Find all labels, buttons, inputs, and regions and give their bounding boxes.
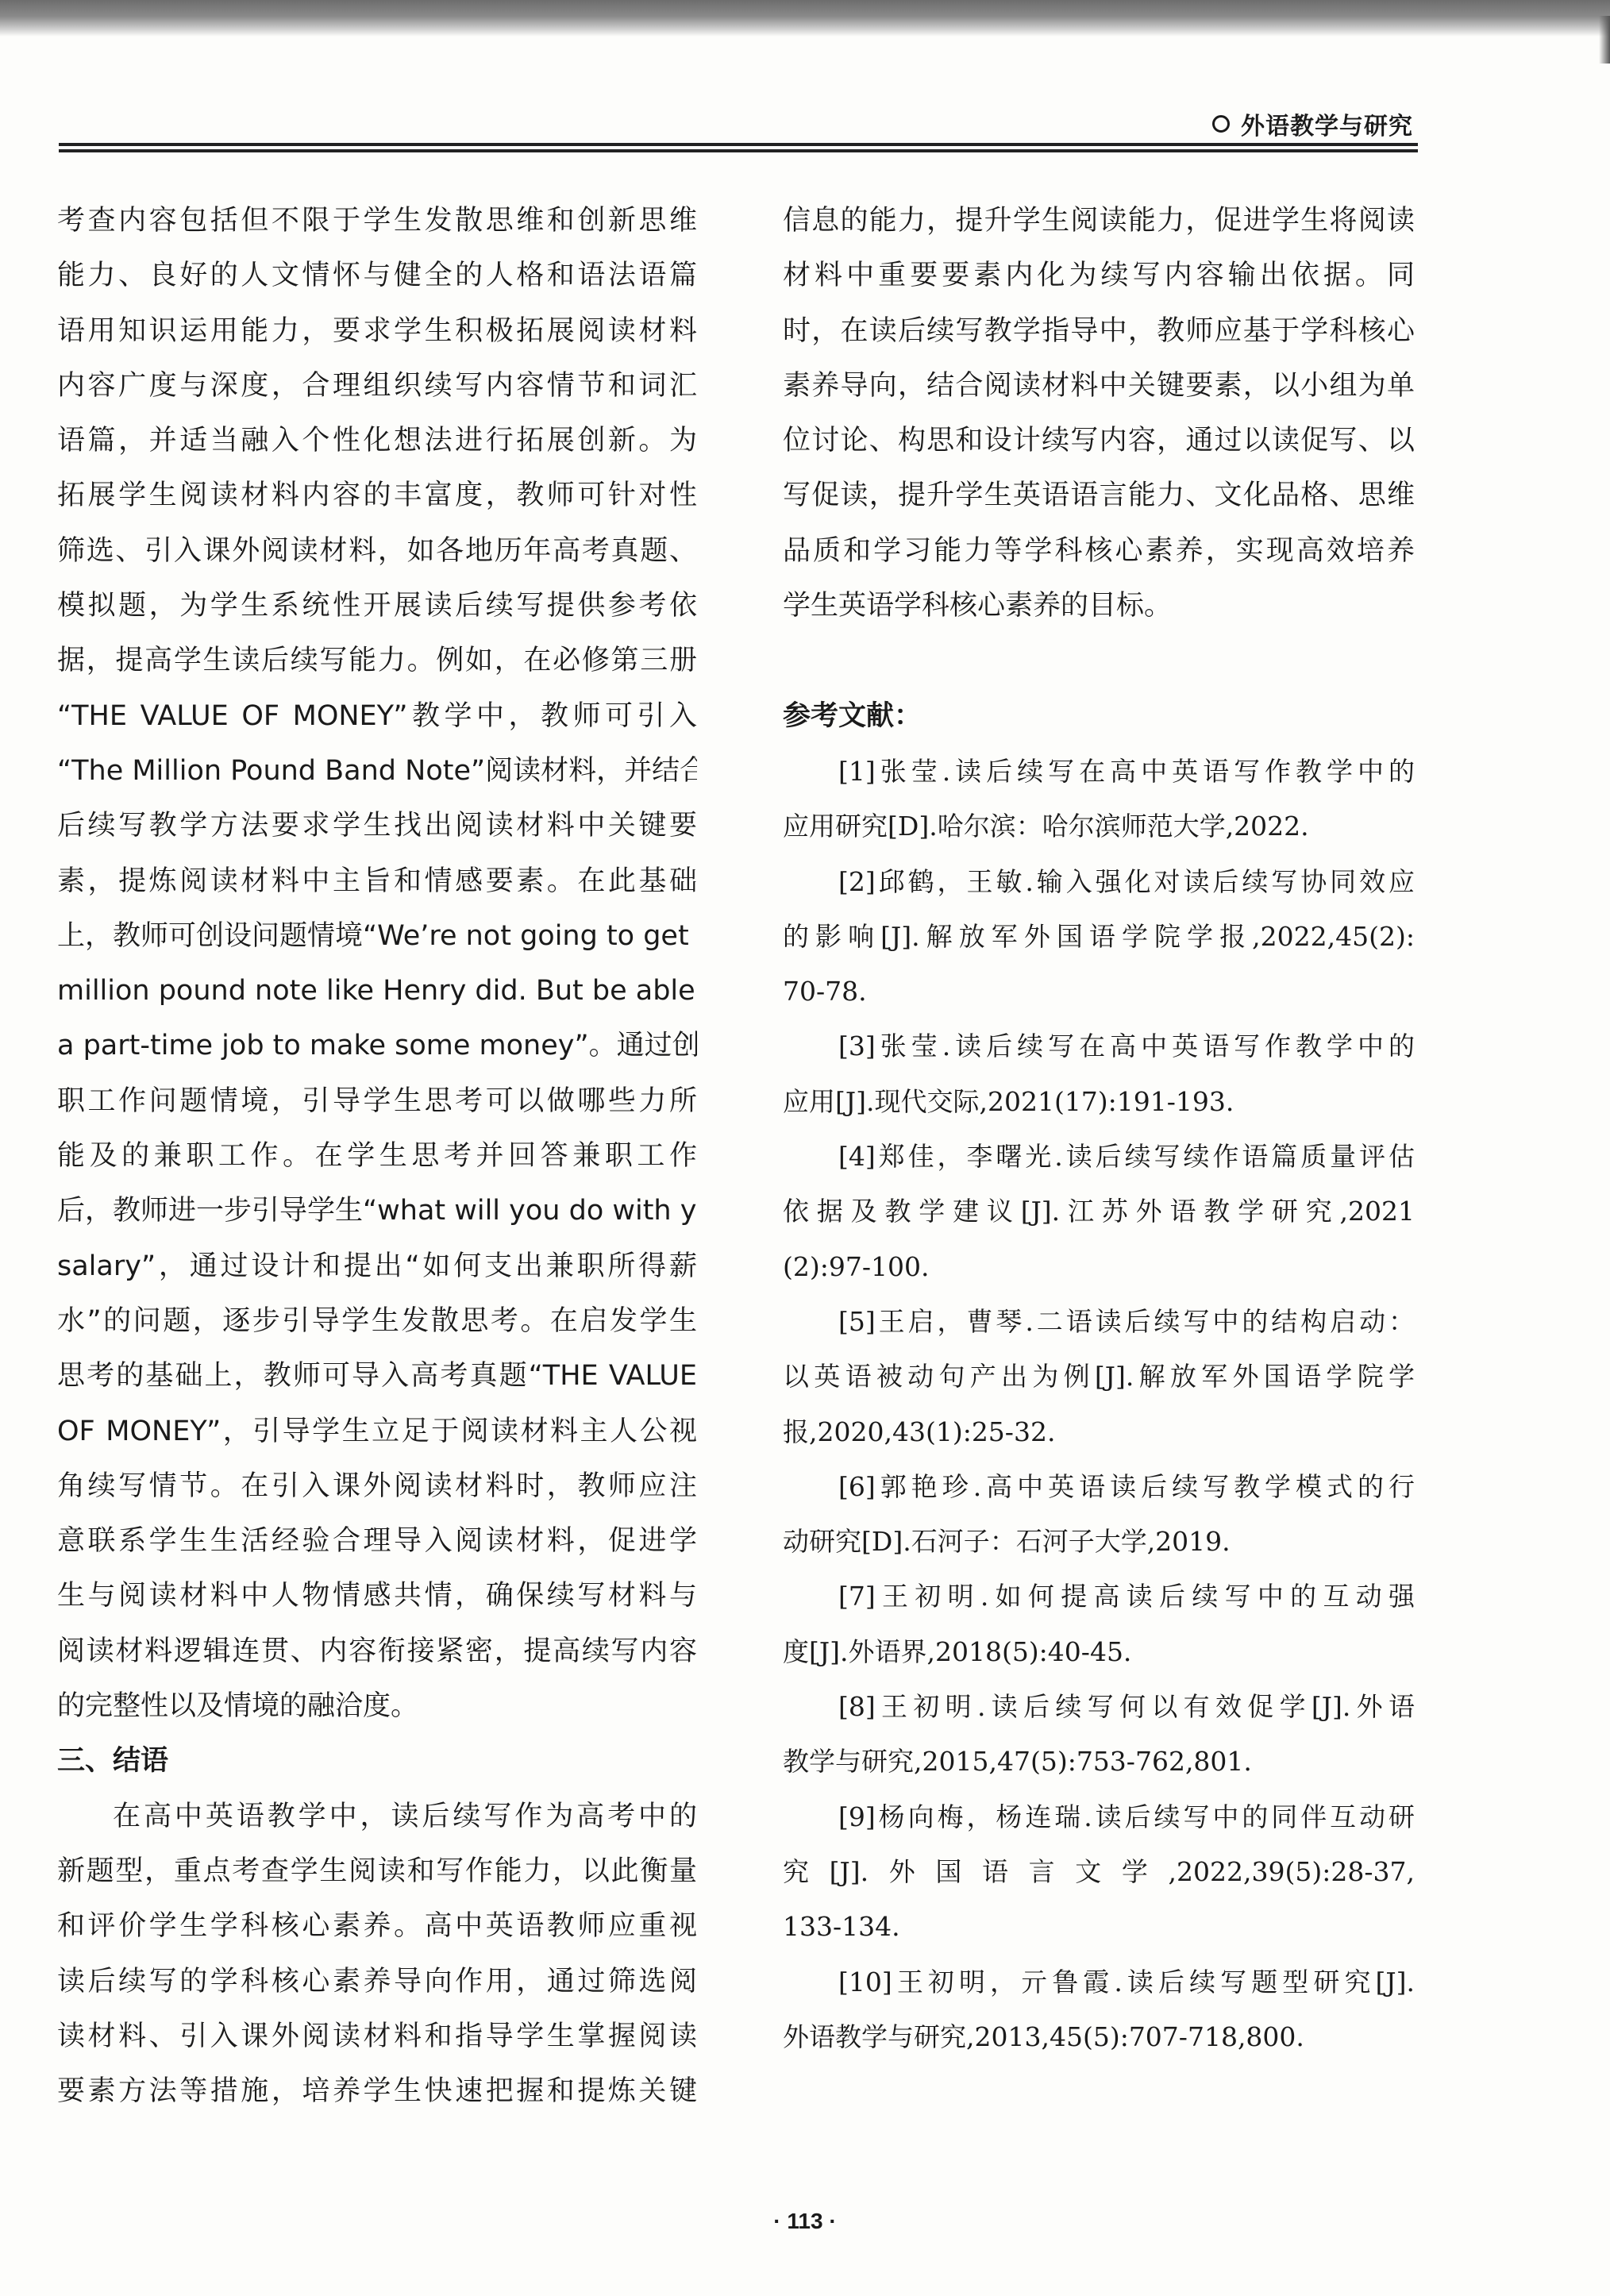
right-column: 信息的能力，提升学生阅读能力，促进学生将阅读 材料中重要要素内化为续写内容输出依… (783, 194, 1415, 2064)
text-line: 阅读材料逻辑连贯、内容衔接紧密，提高续写内容 (57, 1624, 697, 1679)
reference-line: 应用研究[D].哈尔滨：哈尔滨师范大学,2022. (783, 799, 1415, 853)
text-line: 素养导向，结合阅读材料中关键要素，以小组为单 (783, 359, 1415, 414)
reference-line: 动研究[D].石河子：石河子大学,2019. (783, 1514, 1415, 1569)
text-line: 生与阅读材料中人物情感共情，确保续写材料与 (57, 1569, 697, 1624)
reference-line: 报,2020,43(1):25-32. (783, 1404, 1415, 1459)
reference-item: [3]张莹.读后续写在高中英语写作教学中的 应用[J].现代交际,2021(17… (783, 1019, 1415, 1129)
text-line: 信息的能力，提升学生阅读能力，促进学生将阅读 (783, 194, 1415, 248)
reference-line: 外语教学与研究,2013,45(5):707-718,800. (783, 2009, 1415, 2064)
conclusion-paragraph: 在高中英语教学中，读后续写作为高考中的 新题型，重点考查学生阅读和写作能力，以此… (57, 1789, 697, 2120)
text-line: 职工作问题情境，引导学生思考可以做哪些力所 (57, 1074, 697, 1129)
text-line: 素，提炼阅读材料中主旨和情感要素。在此基础 (57, 854, 697, 909)
reference-line: [5]王启，曹琴.二语读后续写中的结构启动： (783, 1294, 1415, 1349)
reference-line: [9]杨向梅，杨连瑞.读后续写中的同伴互动研 (783, 1789, 1415, 1844)
text-line: 的完整性以及情境的融洽度。 (57, 1679, 697, 1734)
body-paragraph: 考查内容包括但不限于学生发散思维和创新思维 能力、良好的人文情怀与健全的人格和语… (57, 194, 697, 1734)
scan-shadow-edge (0, 0, 1610, 37)
reference-item: [2]邱鹤，王敏.输入强化对读后续写协同效应 的影响[J].解放军外国语学院学报… (783, 854, 1415, 1019)
reference-line: [10]王初明，亓鲁霞.读后续写题型研究[J]. (783, 1955, 1415, 2009)
reference-item: [6]郭艳珍.高中英语读后续写教学模式的行 动研究[D].石河子：石河子大学,2… (783, 1459, 1415, 1570)
text-line: OF MONEY”，引导学生立足于阅读材料主人公视 (57, 1404, 697, 1459)
journal-section-title: 外语教学与研究 (1241, 106, 1413, 141)
text-line: 学生英语学科核心素养的目标。 (783, 579, 1415, 634)
text-line: 拓展学生阅读材料内容的丰富度，教师可针对性 (57, 468, 697, 523)
reference-line: [3]张莹.读后续写在高中英语写作教学中的 (783, 1019, 1415, 1073)
text-line: 语篇，并适当融入个性化想法进行拓展创新。为 (57, 414, 697, 468)
reference-line: 70-78. (783, 964, 1415, 1019)
reference-line: [7]王初明.如何提高读后续写中的互动强 (783, 1569, 1415, 1624)
reference-line: [4]郑佳，李曙光.读后续写续作语篇质量评估 (783, 1129, 1415, 1184)
text-line: 筛选、引入课外阅读材料，如各地历年高考真题、 (57, 524, 697, 579)
reference-list: [1]张莹.读后续写在高中英语写作教学中的 应用研究[D].哈尔滨：哈尔滨师范大… (783, 744, 1415, 2064)
text-line: 上，教师可创设问题情境“We’re not going to get a (57, 909, 697, 964)
reference-line: 究[J].外国语言文学,2022,39(5):28-37, (783, 1844, 1415, 1899)
spacer (783, 634, 1415, 688)
text-line: 内容广度与深度，合理组织续写内容情节和词汇 (57, 359, 697, 414)
text-line: “The Million Pound Band Note”阅读材料，并结合读 (57, 744, 697, 799)
reference-line: 应用[J].现代交际,2021(17):191-193. (783, 1074, 1415, 1129)
text-line: 据，提高学生读后续写能力。例如，在必修第三册 (57, 634, 697, 688)
reference-item: [10]王初明，亓鲁霞.读后续写题型研究[J]. 外语教学与研究,2013,45… (783, 1955, 1415, 2065)
text-line: 考查内容包括但不限于学生发散思维和创新思维 (57, 194, 697, 248)
reference-line: [1]张莹.读后续写在高中英语写作教学中的 (783, 744, 1415, 799)
reference-line: 的影响[J].解放军外国语学院学报,2022,45(2): (783, 909, 1415, 964)
reference-item: [1]张莹.读后续写在高中英语写作教学中的 应用研究[D].哈尔滨：哈尔滨师范大… (783, 744, 1415, 854)
text-line: 语用知识运用能力，要求学生积极拓展阅读材料 (57, 304, 697, 359)
text-line: 位讨论、构思和设计续写内容，通过以读促写、以 (783, 414, 1415, 468)
circle-icon (1212, 115, 1230, 133)
text-line: 新题型，重点考查学生阅读和写作能力，以此衡量 (57, 1844, 697, 1899)
references-title: 参考文献： (783, 689, 1415, 744)
reference-line: 以英语被动句产出为例[J].解放军外国语学院学 (783, 1349, 1415, 1404)
text-line: 思考的基础上，教师可导入高考真题“THE VALUE (57, 1349, 697, 1404)
text-line: 写促读，提升学生英语语言能力、文化品格、思维 (783, 468, 1415, 523)
header-double-rule (59, 143, 1418, 152)
scan-shadow-corner (1599, 16, 1610, 64)
text-line: 模拟题，为学生系统性开展读后续写提供参考依 (57, 579, 697, 634)
text-line: 品质和学习能力等学科核心素养，实现高效培养 (783, 524, 1415, 579)
reference-line: 度[J].外语界,2018(5):40-45. (783, 1624, 1415, 1679)
text-line: 材料中重要要素内化为续写内容输出依据。同 (783, 248, 1415, 303)
page-number: · 113 · (0, 2209, 1610, 2234)
text-line: 后，教师进一步引导学生“what will you do with your (57, 1184, 697, 1239)
conclusion-paragraph-continued: 信息的能力，提升学生阅读能力，促进学生将阅读 材料中重要要素内化为续写内容输出依… (783, 194, 1415, 634)
reference-line: (2):97-100. (783, 1239, 1415, 1294)
text-line: 后续写教学方法要求学生找出阅读材料中关键要 (57, 799, 697, 853)
reference-line: 133-134. (783, 1899, 1415, 1954)
reference-line: 依据及教学建议[J].江苏外语教学研究,2021 (783, 1184, 1415, 1239)
text-line: 和评价学生学科核心素养。高中英语教师应重视 (57, 1899, 697, 1954)
text-line: 能及的兼职工作。在学生思考并回答兼职工作 (57, 1129, 697, 1184)
text-line: “THE VALUE OF MONEY”教学中，教师可引入 (57, 689, 697, 744)
text-line: 在高中英语教学中，读后续写作为高考中的 (57, 1789, 697, 1844)
text-line: 时，在读后续写教学指导中，教师应基于学科核心 (783, 304, 1415, 359)
text-line: 读后续写的学科核心素养导向作用，通过筛选阅 (57, 1955, 697, 2009)
reference-item: [4]郑佳，李曙光.读后续写续作语篇质量评估 依据及教学建议[J].江苏外语教学… (783, 1129, 1415, 1294)
reference-line: 教学与研究,2015,47(5):753-762,801. (783, 1734, 1415, 1789)
text-line: 能力、良好的人文情怀与健全的人格和语法语篇 (57, 248, 697, 303)
reference-line: [2]邱鹤，王敏.输入强化对读后续写协同效应 (783, 854, 1415, 909)
text-line: 角续写情节。在引入课外阅读材料时，教师应注 (57, 1459, 697, 1514)
text-line: a part-time job to make some money”。通过创设… (57, 1019, 697, 1073)
reference-item: [8]王初明.读后续写何以有效促学[J].外语 教学与研究,2015,47(5)… (783, 1679, 1415, 1789)
text-line: salary”，通过设计和提出“如何支出兼职所得薪 (57, 1239, 697, 1294)
reference-item: [5]王启，曹琴.二语读后续写中的结构启动： 以英语被动句产出为例[J].解放军… (783, 1294, 1415, 1459)
text-line: 要素方法等措施，培养学生快速把握和提炼关键 (57, 2064, 697, 2119)
reference-line: [6]郭艳珍.高中英语读后续写教学模式的行 (783, 1459, 1415, 1514)
text-line: 水”的问题，逐步引导学生发散思考。在启发学生 (57, 1294, 697, 1349)
text-line: 读材料、引入课外阅读材料和指导学生掌握阅读 (57, 2009, 697, 2064)
section-heading: 三、结语 (57, 1734, 697, 1789)
text-line: million pound note like Henry did. But b… (57, 964, 697, 1019)
text-line: 意联系学生生活经验合理导入阅读材料，促进学 (57, 1514, 697, 1569)
reference-item: [9]杨向梅，杨连瑞.读后续写中的同伴互动研 究[J].外国语言文学,2022,… (783, 1789, 1415, 1955)
left-column: 考查内容包括但不限于学生发散思维和创新思维 能力、良好的人文情怀与健全的人格和语… (57, 194, 697, 2119)
reference-line: [8]王初明.读后续写何以有效促学[J].外语 (783, 1679, 1415, 1734)
running-head: 外语教学与研究 (1212, 106, 1413, 141)
reference-item: [7]王初明.如何提高读后续写中的互动强 度[J].外语界,2018(5):40… (783, 1569, 1415, 1679)
